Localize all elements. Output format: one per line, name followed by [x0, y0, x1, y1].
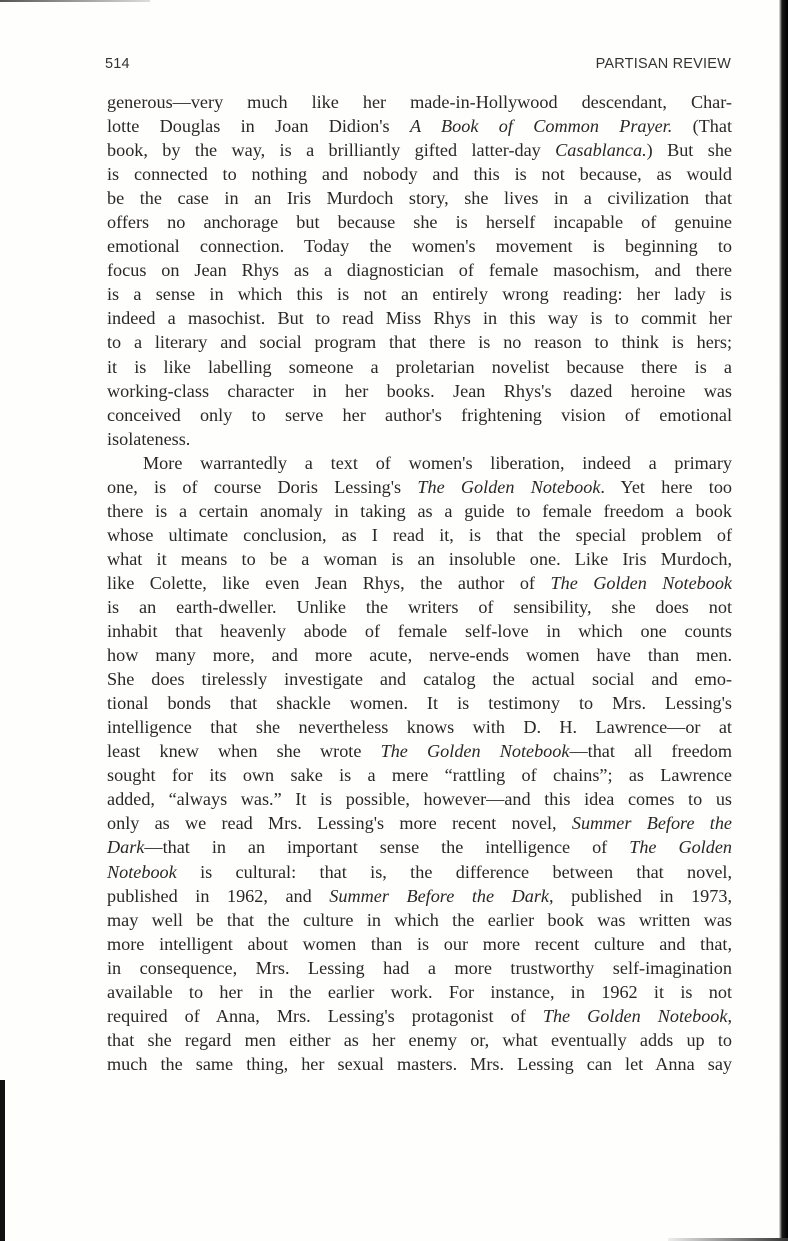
italic-title: Casablanca.	[555, 140, 646, 160]
text-run: is a sense in which this is not an entir…	[107, 284, 732, 304]
text-run: be the case in an Iris Murdoch story, sh…	[107, 188, 732, 208]
text-run: . Yet here too	[600, 477, 732, 497]
text-line: book, by the way, is a brilliantly gifte…	[107, 138, 732, 162]
text-run: generous—very much like her made-in-Holl…	[107, 92, 732, 112]
text-line: whose ultimate conclusion, as I read it,…	[107, 523, 732, 547]
text-line: one, is of course Doris Lessing's The Go…	[107, 475, 732, 499]
journal-title: PARTISAN REVIEW	[596, 56, 731, 72]
text-run: much the same thing, her sexual masters.…	[107, 1054, 732, 1074]
text-run: is cultural: that is, the difference bet…	[177, 862, 732, 882]
text-run: added, “always was.” It is possible, how…	[107, 789, 732, 809]
text-run: available to her in the earlier work. Fo…	[107, 982, 732, 1002]
text-run: like Colette, like even Jean Rhys, the a…	[107, 573, 550, 593]
text-run: least knew when she wrote	[107, 741, 381, 761]
text-line: it is like labelling someone a proletari…	[107, 355, 732, 379]
text-line: that she regard men either as her enemy …	[107, 1028, 732, 1052]
text-line: intelligence that she nevertheless knows…	[107, 715, 732, 739]
text-run: (That	[672, 116, 732, 136]
italic-title: Notebook	[107, 862, 177, 882]
running-head: 514 PARTISAN REVIEW	[105, 56, 731, 76]
text-line: how many more, and more acute, nerve-end…	[107, 643, 732, 667]
italic-title: The Golden Notebook	[550, 573, 732, 593]
text-line: lotte Douglas in Joan Didion's A Book of…	[107, 114, 732, 138]
italic-title: The Golden Notebook	[417, 477, 600, 497]
article-body: generous—very much like her made-in-Holl…	[107, 90, 732, 1076]
text-run: emotional connection. Today the women's …	[107, 236, 732, 256]
text-run: required of Anna, Mrs. Lessing's protago…	[107, 1006, 543, 1026]
text-run: focus on Jean Rhys as a diagnostician of…	[107, 260, 732, 280]
text-run: to a literary and social program that th…	[107, 332, 732, 352]
text-line: tional bonds that shackle women. It is t…	[107, 691, 732, 715]
text-run: indeed a masochist. But to read Miss Rhy…	[107, 308, 732, 328]
text-run: lotte Douglas in Joan Didion's	[107, 116, 410, 136]
text-line: available to her in the earlier work. Fo…	[107, 980, 732, 1004]
text-run: tional bonds that shackle women. It is t…	[107, 693, 732, 713]
text-run: More warrantedly a text of women's liber…	[143, 453, 732, 473]
text-run: only as we read Mrs. Lessing's more rece…	[107, 813, 572, 833]
text-line: much the same thing, her sexual masters.…	[107, 1052, 732, 1076]
text-run: offers no anchorage but because she is h…	[107, 212, 732, 232]
text-line: emotional connection. Today the women's …	[107, 234, 732, 258]
text-line: offers no anchorage but because she is h…	[107, 210, 732, 234]
text-run: —that in an important sense the intellig…	[144, 837, 629, 857]
text-run: that she regard men either as her enemy …	[107, 1030, 732, 1050]
text-run: may well be that the culture in which th…	[107, 910, 732, 930]
text-run: —that all freedom	[569, 741, 732, 761]
page-number: 514	[105, 56, 130, 72]
text-line: in consequence, Mrs. Lessing had a more …	[107, 956, 732, 980]
italic-title: The Golden Notebook	[381, 741, 570, 761]
text-run: intelligence that she nevertheless knows…	[107, 717, 732, 737]
text-line: added, “always was.” It is possible, how…	[107, 787, 732, 811]
text-run: ,	[727, 1006, 732, 1026]
text-line: to a literary and social program that th…	[107, 330, 732, 354]
italic-title: Summer Before the Dark	[329, 886, 549, 906]
text-line: is a sense in which this is not an entir…	[107, 282, 732, 306]
text-run: whose ultimate conclusion, as I read it,…	[107, 525, 732, 545]
text-line: indeed a masochist. But to read Miss Rhy…	[107, 306, 732, 330]
text-run: inhabit that heavenly abode of female se…	[107, 621, 732, 641]
text-run: what it means to be a woman is an insolu…	[107, 549, 732, 569]
text-run: in consequence, Mrs. Lessing had a more …	[107, 958, 732, 978]
text-run: ) But she	[647, 140, 732, 160]
paragraph: generous—very much like her made-in-Holl…	[107, 90, 732, 451]
text-run: isolateness.	[107, 429, 190, 449]
text-line: sought for its own sake is a mere “rattl…	[107, 763, 732, 787]
text-line: working-class character in her books. Je…	[107, 379, 732, 403]
italic-title: The Golden	[629, 837, 732, 857]
italic-title: The Golden Notebook	[543, 1006, 728, 1026]
text-run: it is like labelling someone a proletari…	[107, 357, 732, 377]
italic-title: Summer Before the	[572, 813, 732, 833]
text-run: is connected to nothing and nobody and t…	[107, 164, 732, 184]
text-run: sought for its own sake is a mere “rattl…	[107, 765, 732, 785]
text-line: isolateness.	[107, 427, 732, 451]
paragraph: More warrantedly a text of women's liber…	[107, 451, 732, 1076]
text-line: Notebook is cultural: that is, the diffe…	[107, 860, 732, 884]
text-run: book, by the way, is a brilliantly gifte…	[107, 140, 555, 160]
text-run: , published in 1973,	[549, 886, 732, 906]
italic-title: A Book of Common Prayer.	[410, 116, 672, 136]
text-run: one, is of course Doris Lessing's	[107, 477, 417, 497]
text-line: least knew when she wrote The Golden Not…	[107, 739, 732, 763]
text-line: conceived only to serve her author's fri…	[107, 403, 732, 427]
scan-edge-left	[0, 1080, 5, 1241]
text-line: may well be that the culture in which th…	[107, 908, 732, 932]
text-line: published in 1962, and Summer Before the…	[107, 884, 732, 908]
scan-edge-top	[0, 0, 150, 2]
text-line: be the case in an Iris Murdoch story, sh…	[107, 186, 732, 210]
text-line: is an earth-dweller. Unlike the writers …	[107, 595, 732, 619]
text-run: published in 1962, and	[107, 886, 329, 906]
text-line: Dark—that in an important sense the inte…	[107, 835, 732, 859]
text-line: is connected to nothing and nobody and t…	[107, 162, 732, 186]
text-run: how many more, and more acute, nerve-end…	[107, 645, 732, 665]
text-line: there is a certain anomaly in taking as …	[107, 499, 732, 523]
text-line: generous—very much like her made-in-Holl…	[107, 90, 732, 114]
text-run: more intelligent about women than is our…	[107, 934, 732, 954]
text-run: She does tirelessly investigate and cata…	[107, 669, 732, 689]
text-line: like Colette, like even Jean Rhys, the a…	[107, 571, 732, 595]
text-line: focus on Jean Rhys as a diagnostician of…	[107, 258, 732, 282]
text-run: is an earth-dweller. Unlike the writers …	[107, 597, 732, 617]
text-run: there is a certain anomaly in taking as …	[107, 501, 732, 521]
text-run: conceived only to serve her author's fri…	[107, 405, 732, 425]
text-line: inhabit that heavenly abode of female se…	[107, 619, 732, 643]
text-run: working-class character in her books. Je…	[107, 381, 732, 401]
text-line: more intelligent about women than is our…	[107, 932, 732, 956]
text-line: More warrantedly a text of women's liber…	[107, 451, 732, 475]
scan-edge-right	[779, 0, 788, 1241]
text-line: what it means to be a woman is an insolu…	[107, 547, 732, 571]
text-line: required of Anna, Mrs. Lessing's protago…	[107, 1004, 732, 1028]
text-line: She does tirelessly investigate and cata…	[107, 667, 732, 691]
italic-title: Dark	[107, 837, 144, 857]
text-line: only as we read Mrs. Lessing's more rece…	[107, 811, 732, 835]
